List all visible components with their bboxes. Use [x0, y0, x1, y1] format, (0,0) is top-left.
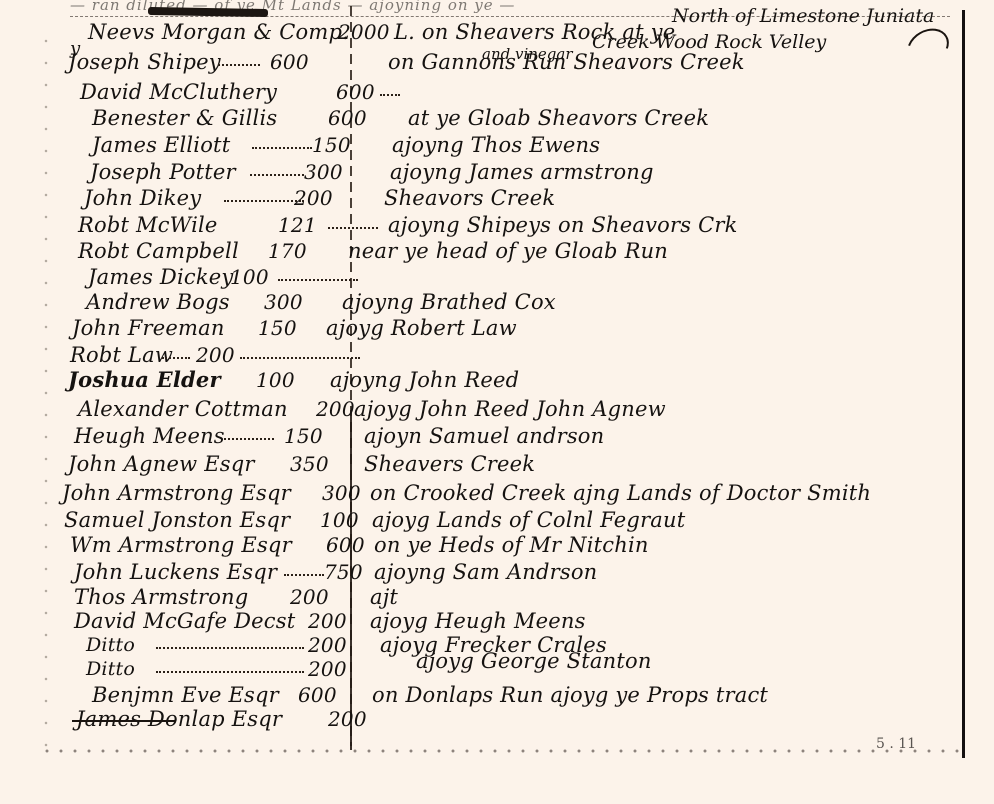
document-page: — ran diluted — of ye Mt Lands — ajoynin…: [0, 0, 994, 804]
entry-name: Benester & Gillis: [92, 103, 277, 133]
entry-name: Joseph Shipey: [68, 47, 221, 77]
dotted-leader: [218, 64, 260, 66]
entry-name: James Elliott: [92, 130, 230, 160]
entry-acres: 600: [328, 103, 367, 133]
dotted-leader: [380, 94, 400, 96]
entry-location: ajoyg John Reed John Agnew: [354, 394, 666, 424]
dotted-leader: [224, 438, 274, 440]
entry-location: Sheavers Creek: [364, 449, 535, 479]
entry-location: on Crooked Creek ajng Lands of Doctor Sm…: [370, 478, 871, 508]
entry-location: ajoyg Robert Law: [326, 313, 517, 343]
name-underline: [72, 720, 176, 722]
entry-acres: 150: [258, 313, 297, 343]
entry-acres: 100: [256, 365, 295, 395]
entry-acres: 300: [322, 478, 361, 508]
entry-name: Heugh Meens: [74, 421, 225, 451]
entry-name: Joshua Elder: [68, 365, 221, 395]
entry-name: Wm Armstrong Esqr: [70, 530, 292, 560]
entry-location: on Gannons Run Sheavors Creek: [388, 47, 745, 77]
entry-name: John Armstrong Esqr: [62, 478, 291, 508]
entry-location: ajoyng Thos Ewens: [392, 130, 600, 160]
bottom-edge-specks: [40, 746, 960, 756]
dotted-leader: [278, 279, 358, 281]
entry-acres: 2000: [338, 17, 390, 47]
entry-name: James Donlap Esqr: [76, 704, 282, 734]
entry-location: L. on Sheavers Rock at ye: [394, 17, 675, 47]
flourish-mark: [900, 21, 955, 72]
entry-location: Sheavors Creek: [384, 183, 555, 213]
entry-acres: 150: [312, 130, 351, 160]
page-mark: 5 . 11: [876, 736, 916, 752]
entry-location: ajoyn Samuel andrson: [364, 421, 604, 451]
entry-location: ajoyg George Stanton: [416, 646, 652, 676]
entry-location: on ye Heds of Mr Nitchin: [374, 530, 649, 560]
entry-name: Alexander Cottman: [78, 394, 288, 424]
entry-acres: 350: [290, 449, 329, 479]
dotted-leader: [240, 357, 360, 359]
entry-extra-1: North of Limestone Juniata: [672, 6, 934, 26]
dotted-leader: [284, 574, 324, 576]
entry-name: John Dikey: [84, 183, 201, 213]
entry-name: John Freeman: [72, 313, 225, 343]
dotted-leader: [156, 671, 304, 673]
entry-location: near ye head of ye Gloab Run: [348, 236, 668, 266]
entry-name: John Agnew Esqr: [68, 449, 255, 479]
dotted-leader: [162, 357, 190, 359]
entry-acres: 170: [268, 236, 307, 266]
dotted-leader: [250, 174, 304, 176]
entry-acres: 600: [326, 530, 365, 560]
entry-acres: 600: [270, 47, 309, 77]
entry-location: at ye Gloab Sheavors Creek: [408, 103, 709, 133]
entry-location: ajoyng John Reed: [330, 365, 519, 395]
entry-acres: 200: [294, 183, 333, 213]
dotted-leader: [156, 647, 304, 649]
dotted-leader: [252, 147, 312, 149]
entry-name: Neevs Morgan & Comp.: [88, 17, 349, 47]
entry-acres: 100: [230, 262, 269, 292]
entry-acres: 200: [328, 704, 367, 734]
entry-acres: 150: [284, 421, 323, 451]
entry-acres: 200: [316, 394, 355, 424]
right-border-rule: [962, 10, 965, 758]
entry-location: on Donlaps Run ajoyg ye Props tract: [372, 680, 768, 710]
entry-location: ajoyng Sam Andrson: [374, 557, 597, 587]
dotted-leader: [224, 200, 304, 202]
entry-acres: 750: [324, 557, 363, 587]
dotted-leader: [328, 227, 378, 229]
left-margin-specks: [42, 30, 50, 750]
